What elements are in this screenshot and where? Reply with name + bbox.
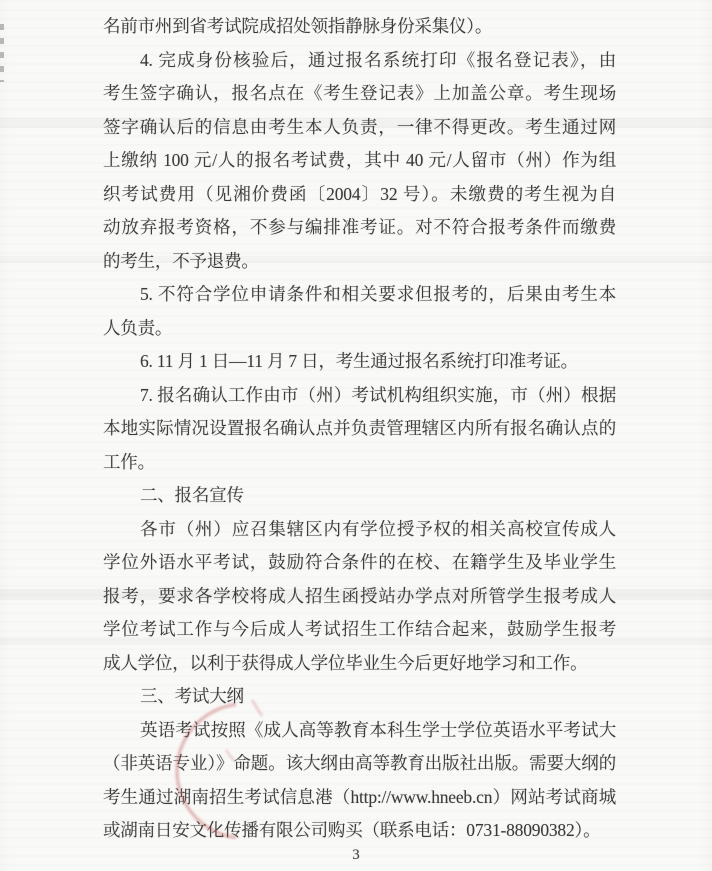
text-line: 考生通过湖南招生考试信息港（http://www.hneeb.cn）网站考试商城: [103, 781, 616, 815]
text-line: 报考，要求各学校将成人招生函授站办学点对所管学生报考成人: [103, 580, 616, 614]
text-line: 签字确认后的信息由考生本人负责，一律不得更改。考生通过网: [103, 111, 616, 145]
text-line: 织考试费用（见湘价费函〔2004〕32 号）。未缴费的考生视为自: [103, 178, 616, 212]
text-line: 三、考试大纲: [103, 680, 616, 714]
text-line: 6. 11 月 1 日—11 月 7 日，考生通过报名系统打印准考证。: [103, 345, 616, 379]
text-line: 4. 完成身份核验后，通过报名系统打印《报名登记表》，由: [103, 44, 616, 78]
scan-edge-artifact: [0, 24, 4, 82]
text-line: 动放弃报考资格，不参与编排准考证。对不符合报考条件而缴费: [103, 211, 616, 245]
text-line: 上缴纳 100 元/人的报名考试费，其中 40 元/人留市（州）作为组: [103, 144, 616, 178]
document-page: 名前市州到省考试院成招处领指静脉身份采集仪）。4. 完成身份核验后，通过报名系统…: [0, 0, 712, 871]
text-line: （非英语专业）》命题。该大纲由高等教育出版社出版。需要大纲的: [103, 747, 616, 781]
text-line: 学位外语水平考试，鼓励符合条件的在校、在籍学生及毕业学生: [103, 546, 616, 580]
text-line: 的考生，不予退费。: [103, 245, 616, 279]
text-line: 各市（州）应召集辖区内有学位授予权的相关高校宣传成人: [103, 513, 616, 547]
text-block: 名前市州到省考试院成招处领指静脉身份采集仪）。4. 完成身份核验后，通过报名系统…: [103, 10, 616, 848]
text-line: 5. 不符合学位申请条件和相关要求但报考的，后果由考生本: [103, 278, 616, 312]
text-line: 7. 报名确认工作由市（州）考试机构组织实施，市（州）根据: [103, 379, 616, 413]
text-line: 本地实际情况设置报名确认点并负责管理辖区内所有报名确认点的: [103, 412, 616, 446]
text-line: 成人学位，以利于获得成人学位毕业生今后更好地学习和工作。: [103, 647, 616, 681]
page-number: 3: [0, 847, 712, 864]
text-line: 人负责。: [103, 312, 616, 346]
text-line: 考生签字确认，报名点在《考生登记表》上加盖公章。考生现场: [103, 77, 616, 111]
text-line: 名前市州到省考试院成招处领指静脉身份采集仪）。: [103, 10, 616, 44]
text-line: 学位考试工作与今后成人考试招生工作结合起来，鼓励学生报考: [103, 613, 616, 647]
text-line: 工作。: [103, 446, 616, 480]
text-line: 或湖南日安文化传播有限公司购买（联系电话：0731-88090382）。: [103, 814, 616, 848]
text-line: 英语考试按照《成人高等教育本科生学士学位英语水平考试大纲: [103, 714, 616, 748]
text-line: 二、报名宣传: [103, 479, 616, 513]
